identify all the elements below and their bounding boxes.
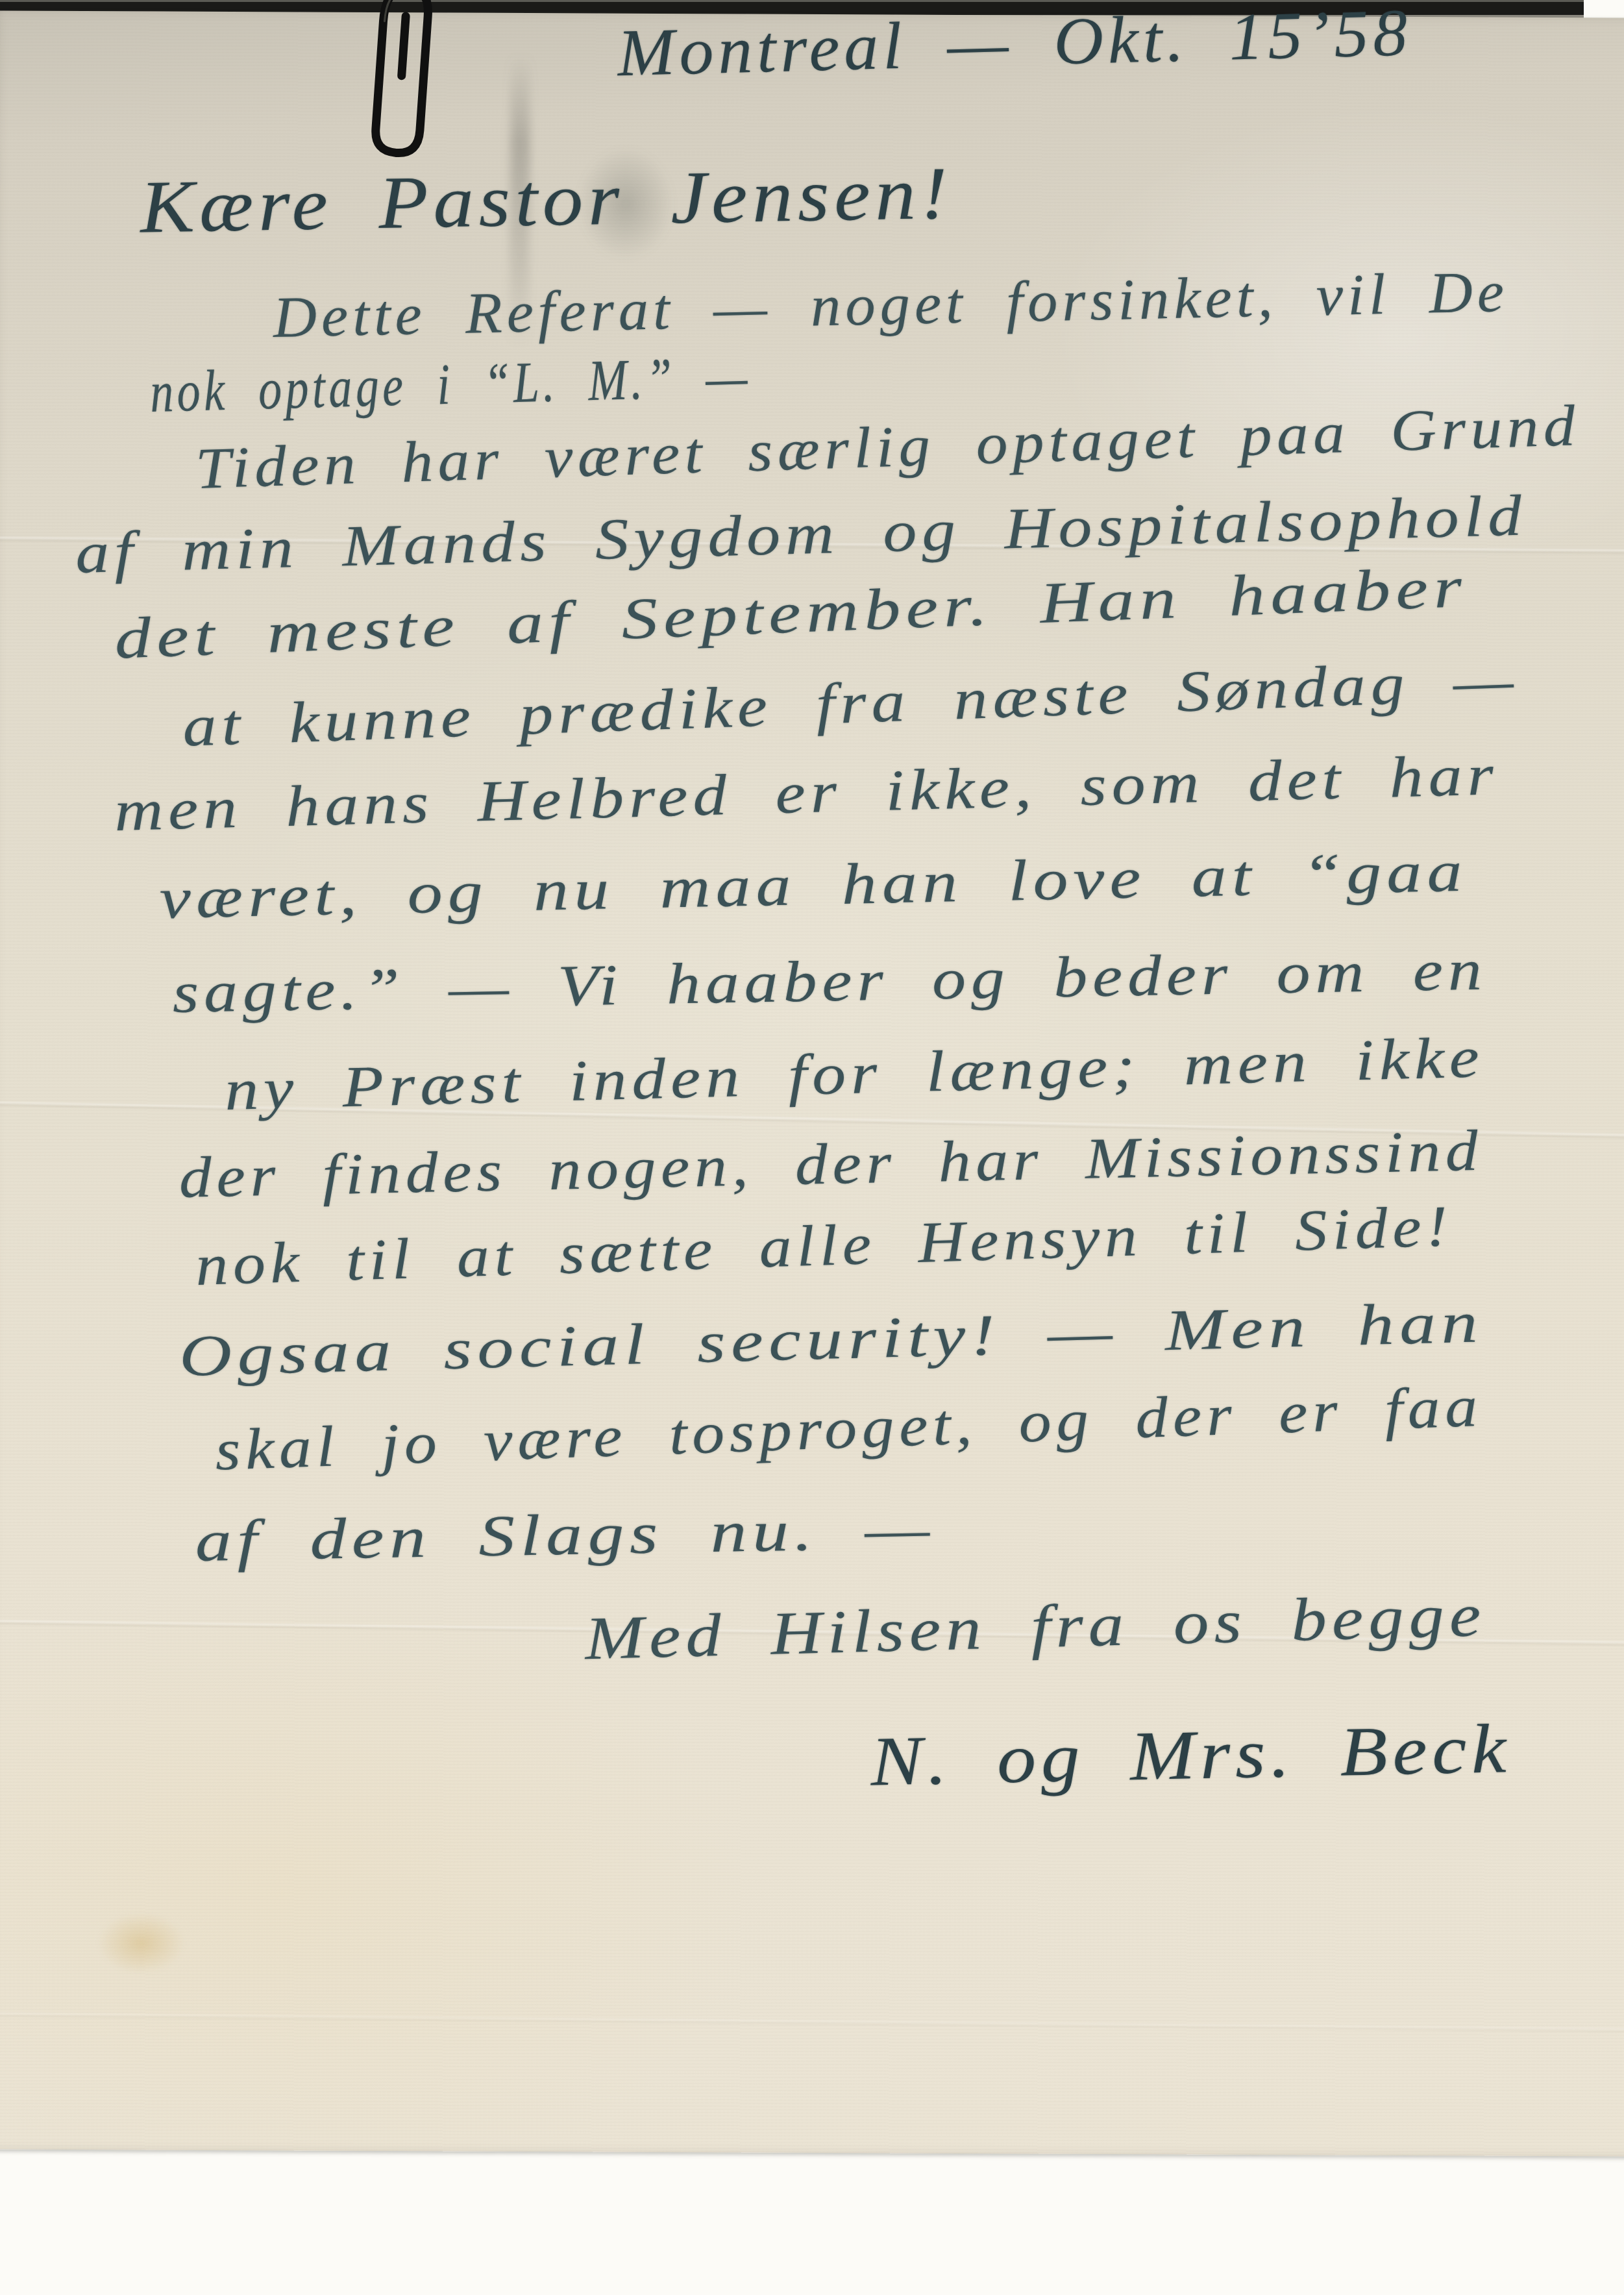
letter-body-line: nok optage i “L. M.” — — [149, 348, 752, 422]
letter-signature: N. og Mrs. Beck — [870, 1713, 1512, 1796]
letter-body-line: af den Slags nu. — — [195, 1500, 935, 1570]
paper-crease — [0, 2012, 1624, 2032]
paperclip-icon — [352, 0, 475, 176]
paper-stain — [97, 1912, 185, 1974]
scanned-letter-page: { "colors": { "ink": "#3c5257", "ink_dar… — [0, 0, 1624, 2295]
letter-salutation: Kære Pastor Jensen! — [140, 156, 953, 245]
